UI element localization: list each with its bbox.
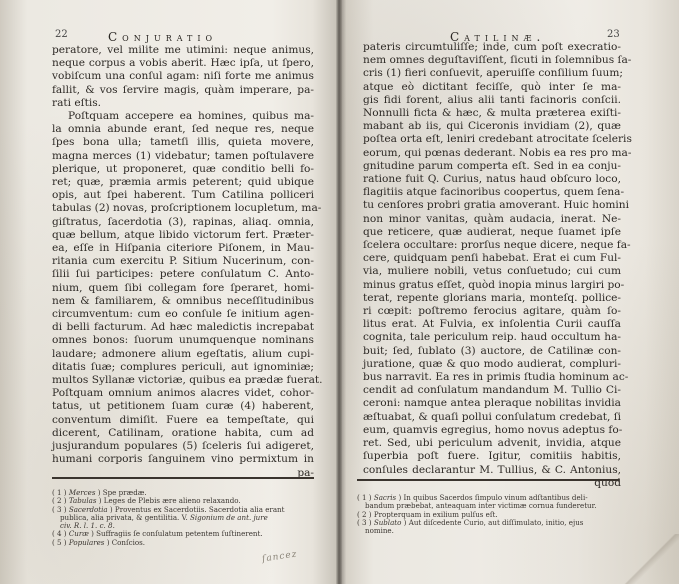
text-line: flagitiis atque facinoribus coopertus, q… [363,186,621,199]
footnote-rule [52,477,314,479]
text-line: cere, quidquam penſi habebat. Erat ei cu… [363,252,621,265]
text-line: plerique, ut proponeret, quæ conditio be… [52,163,314,176]
text-line: la omnia abunde erant, ſed neque res, ne… [52,123,314,136]
text-line: cognita, tale periculum reip. haud occul… [363,331,621,344]
text-line: mabant ab iis, qui Ciceronis invidiam (2… [363,120,621,133]
text-line: giſtratus, ſacerdotia (3), rapinas, alia… [52,216,314,229]
text-line: gis fidi forent, alius alii tanti facino… [363,94,621,107]
text-line: nium, quem ſibi collegam fore ſperaret, … [52,282,314,295]
text-line: juratione, quæ & quo modo audierat, comp… [363,358,621,371]
text-line: multos Syllanæ victoriæ, quibus ea prædæ… [52,374,314,387]
footnote-text: ) Conſcios. [107,538,145,547]
footnote: nomine. [357,527,621,535]
text-line: poſtea orta eſt, leniri credebant atroci… [363,133,621,146]
book-spread: 22 Conjuratio peratore, vel milite me ut… [0,0,679,584]
text-line: quæ bellum, atque libido victorum fert. … [52,229,314,242]
page-number-left: 22 [55,29,68,40]
text-line: ſcelera occultare: prorſus neque dicere,… [363,239,621,252]
text-line: pateris circumtuliſſe; inde, cum poſt ex… [363,41,621,54]
text-line: magna merces (1) videbatur; tamen poſtul… [52,150,314,163]
text-line: ritania cum exercitu P. Sitium Nucerinum… [52,255,314,268]
text-line: ratione fuit Q. Curius, natus haud obſcu… [363,173,621,186]
text-line: ditatis ſuæ; complures periculi, aut ign… [52,361,314,374]
text-line: di belli facturum. Ad hæc maledictis inc… [52,321,314,334]
right-footnotes: ( 1 ) Sacris ) In quibus Sacerdos ſimpul… [357,494,621,535]
text-line: nem & familiarem, & omnibus neceſſitudin… [52,295,314,308]
text-line: tabulas (2) novas, proſcriptionem locupl… [52,202,314,215]
handwritten-annotation: ſancez [261,550,298,565]
text-line: gnitudine parum comperta eſt. Sed in ea … [363,160,621,173]
text-line: peratore, vel milite me utimini: neque a… [52,44,314,57]
text-line: ret; quæ, præmia armis peterent; quid ub… [52,176,314,189]
footnote: ( 5 ) Populares ) Conſcios. [52,539,316,547]
text-line: vobiſcum una conſul agam: niſi forte me … [52,70,314,83]
text-line: circumventum: cum eo conſule ſe initium … [52,308,314,321]
text-line: non minor vanitas, quàm audacia, inerat.… [363,213,621,226]
text-line: terat, repente glorians maria, monteſq. … [363,292,621,305]
text-line: ſpes bona ulla; tametſi illis, quieta mo… [52,136,314,149]
footnote-term: Populares [69,538,107,547]
running-head-left: Conjuratio [108,30,217,44]
footnote-continuation: nomine. [357,526,394,535]
text-line: æſtuabat, & quaſi pollui conſulatum cred… [363,411,621,424]
text-line: eorum, qui pœnas dederant. Nobis ea res … [363,147,621,160]
text-line: laudare; admonere alium egeſtatis, alium… [52,348,314,361]
text-line: tu cenſores probri gratia amoverant. Hui… [363,199,621,212]
text-line: dicerent, Catilinam, oratione habita, cu… [52,427,314,440]
right-body-text: pateris circumtuliſſe; inde, cum poſt ex… [363,41,621,490]
footnote-number: ( 5 ) [52,538,69,547]
text-line: ſilii ſui participes: petere conſulatum … [52,268,314,281]
text-line: bus narravit. Ea res in primis ſtudia ho… [363,371,621,384]
footnote-rule [357,479,619,481]
text-line: rati eſtis. [52,97,314,110]
text-line: conventum dimiſit. Fuere ea tempeſtate, … [52,414,314,427]
right-page: Catilinæ. 23 pateris circumtuliſſe; inde… [340,0,679,584]
text-line: ret. Sed, ubi periculum advenit, invidia… [363,437,621,450]
text-line: ri cœpit: poſtremo ferocius agitare, quà… [363,305,621,318]
text-line: omnes bonos: ſuorum unumquenque nominans [52,334,314,347]
text-line: minus gratus eſſet, quòd inopia minus la… [363,279,621,292]
text-line: cendit ad conſulatum mandandum M. Tullio… [363,384,621,397]
footnote: ( 3 ) Sublato ) Aut diſcedente Curio, au… [357,519,621,527]
text-line: buit; ſed, ſublato (3) auctore, de Catil… [363,345,621,358]
text-line: tatus, ut petitionem ſuam curæ (4) haber… [52,400,314,413]
page-corner-fold [619,534,679,584]
text-line: cris (1) fieri conſuevit, aperuiſſe conſ… [363,67,621,80]
text-line: atque eò dictitant feciſſe, quò inter ſe… [363,81,621,94]
left-body-text: peratore, vel milite me utimini: neque a… [52,44,314,480]
text-line: opis, aut ſpei haberent. Tum Catilina po… [52,189,314,202]
text-line: jusjurandum populares (5) ſceleris ſui a… [52,440,314,453]
text-line: fallit, & vos ſervire magis, quàm impera… [52,84,314,97]
text-line: via, muliere nobili, vetus conſuetudo; c… [363,265,621,278]
text-line: litus erat. At Fulvia, ex inſolentia Cur… [363,318,621,331]
text-line: Nonnulli ficta & hæc, & multa præterea e… [363,107,621,120]
footnote-text: ) Aut diſcedente Curio, aut diſſimulato,… [404,518,584,527]
text-line: Poſtquam accepere ea homines, quibus ma- [52,110,314,123]
text-line: nem omnes deguſtaviſſent, ſicuti in ſole… [363,54,621,67]
text-line: que reticere, quæ audierat, neque ſuamet… [363,226,621,239]
text-line: conſules declarantur M. Tullius, & C. An… [363,464,621,477]
text-line: ſuperbia poſt fuere. Igitur, comitiis ha… [363,450,621,463]
text-line: humani corporis ſanguinem vino permixtum… [52,453,314,466]
text-line: ceroni: namque antea pleraque nobilitas … [363,397,621,410]
text-line: eum, quamvis egregius, homo novus adeptu… [363,424,621,437]
left-footnotes: ( 1 ) Merces ) Spe prædæ.( 2 ) Tabulas )… [52,489,316,547]
left-page: 22 Conjuratio peratore, vel milite me ut… [0,0,340,584]
page-number-right: 23 [607,29,620,40]
text-line: ea, eſſe in Hiſpania citeriore Piſonem, … [52,242,314,255]
text-line: Poſtquam omnium animos alacres videt, co… [52,387,314,400]
text-line: neque corpus a vobis aberit. Hæc ipſa, u… [52,57,314,70]
